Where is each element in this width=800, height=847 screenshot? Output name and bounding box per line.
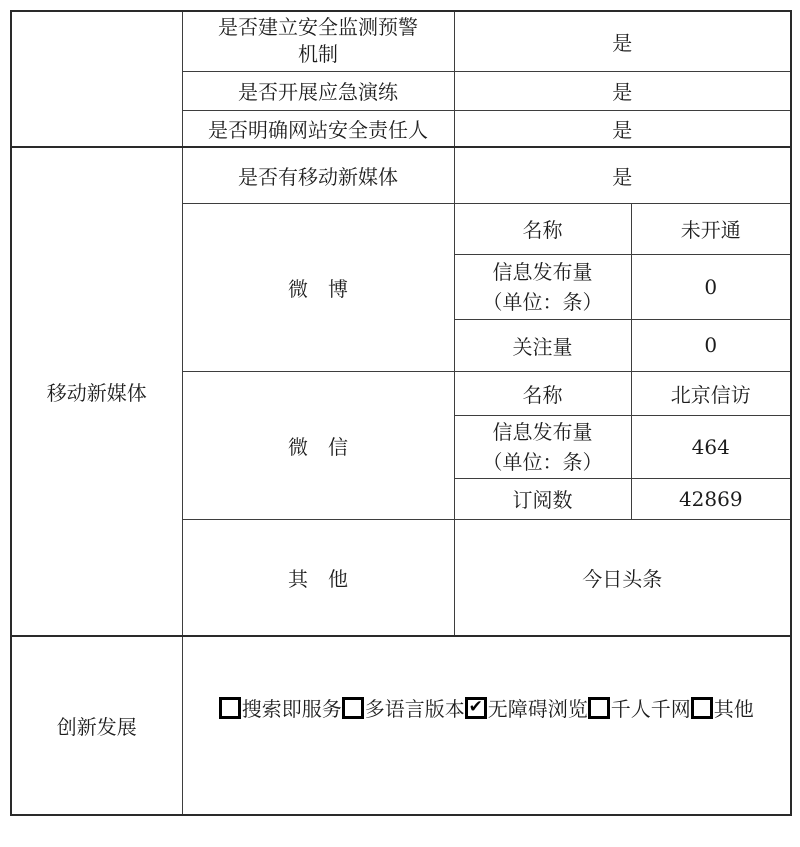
innovation-option-accessibility: ✔ 无障碍浏览: [465, 693, 588, 722]
innovation-option-label: 千人千网: [611, 693, 691, 722]
security-label-responsible: 是否明确网站安全责任人: [182, 110, 454, 147]
innovation-option-multilang: ✔ 多语言版本: [342, 693, 465, 722]
innovation-options-cell: ✔ 搜索即服务 ✔ 多语言版本 ✔ 无障碍浏览 ✔: [182, 636, 791, 815]
table-row: 移动新媒体 是否有移动新媒体 是: [11, 147, 791, 203]
security-section-cell: [11, 11, 182, 147]
security-value-responsible: 是: [454, 110, 791, 147]
wechat-subscribers-label: 订阅数: [454, 478, 631, 519]
security-value-drill: 是: [454, 71, 791, 110]
checkbox-icon[interactable]: ✔: [588, 697, 610, 719]
innovation-section-label: 创新发展: [11, 636, 182, 815]
table-row: 是否建立安全监测预警 机制 是: [11, 11, 791, 71]
weibo-platform-label: 微 博: [182, 203, 454, 371]
has-mobile-media-label: 是否有移动新媒体: [182, 147, 454, 203]
weibo-followers-value: 0: [631, 319, 791, 371]
other-platform-label: 其 他: [182, 519, 454, 636]
checkbox-icon[interactable]: ✔: [342, 697, 364, 719]
innovation-options-row: ✔ 搜索即服务 ✔ 多语言版本 ✔ 无障碍浏览 ✔: [187, 693, 787, 722]
security-label-monitoring: 是否建立安全监测预警 机制: [182, 11, 454, 71]
checkbox-icon[interactable]: ✔: [691, 697, 713, 719]
security-value-monitoring: 是: [454, 11, 791, 71]
weibo-followers-label: 关注量: [454, 319, 631, 371]
has-mobile-media-value: 是: [454, 147, 791, 203]
annual-report-table: 是否建立安全监测预警 机制 是 是否开展应急演练 是 是否明确网站安全责任人 是…: [10, 10, 792, 816]
innovation-option-label: 无障碍浏览: [488, 693, 588, 722]
wechat-name-label: 名称: [454, 371, 631, 415]
wechat-subscribers-value: 42869: [631, 478, 791, 519]
weibo-posts-value: 0: [631, 254, 791, 319]
wechat-posts-value: 464: [631, 415, 791, 478]
innovation-option-label: 多语言版本: [365, 693, 465, 722]
weibo-posts-label: 信息发布量 （单位：条）: [454, 254, 631, 319]
wechat-name-value: 北京信访: [631, 371, 791, 415]
weibo-name-label: 名称: [454, 203, 631, 254]
weibo-name-value: 未开通: [631, 203, 791, 254]
innovation-option-personalization: ✔ 千人千网: [588, 693, 691, 722]
report-page: 是否建立安全监测预警 机制 是 是否开展应急演练 是 是否明确网站安全责任人 是…: [0, 0, 800, 847]
other-platform-value: 今日头条: [454, 519, 791, 636]
checkbox-icon[interactable]: ✔: [465, 697, 487, 719]
innovation-option-label: 搜索即服务: [242, 693, 342, 722]
check-mark-icon: ✔: [469, 699, 483, 716]
security-label-drill: 是否开展应急演练: [182, 71, 454, 110]
innovation-option-label: 其他: [714, 693, 754, 722]
innovation-option-other: ✔ 其他: [691, 693, 754, 722]
mobile-media-section-label: 移动新媒体: [11, 147, 182, 636]
checkbox-icon[interactable]: ✔: [219, 697, 241, 719]
wechat-posts-label: 信息发布量 （单位：条）: [454, 415, 631, 478]
wechat-platform-label: 微 信: [182, 371, 454, 519]
innovation-option-search: ✔ 搜索即服务: [219, 693, 342, 722]
table-row: 创新发展 ✔ 搜索即服务 ✔ 多语言版本 ✔ 无障碍浏览: [11, 636, 791, 815]
